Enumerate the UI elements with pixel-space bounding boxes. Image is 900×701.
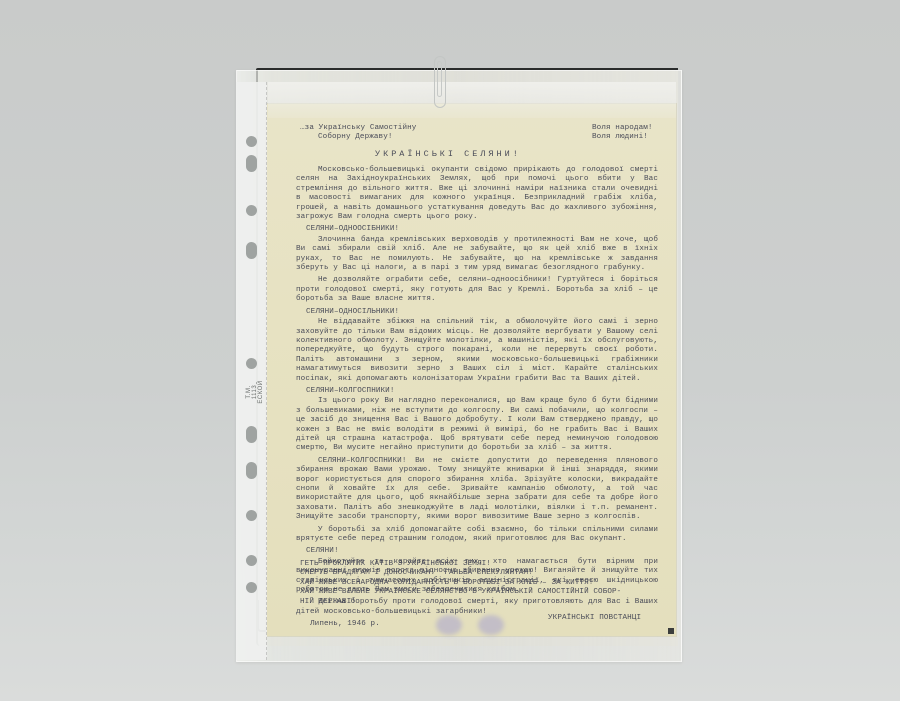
document-body: Московсько-большевицькі окупанти свідомо…	[296, 166, 658, 620]
header-right-line: Воля народам!	[592, 124, 653, 133]
paragraph: Не дозволяйте ограбити себе, селяни–одно…	[296, 276, 658, 304]
punch-hole-icon	[246, 205, 257, 216]
paragraph: Не віддавайте збіжжя на спільний тік, а …	[296, 318, 658, 384]
header-left: …за Українську СамостійнуСоборну Державу…	[300, 124, 416, 143]
document-title: УКРАЇНСЬКІ СЕЛЯНИ!	[375, 150, 521, 159]
header-right: Воля народам!Воля людині!	[592, 124, 653, 143]
paragraph: Московсько-большевицькі окупанти свідомо…	[296, 166, 658, 222]
slogan-line: СМЕРТЬ БРАДЯГАМ І ДОНОСЧИКАМ! ГАНЬБА СПЕ…	[300, 569, 621, 578]
section-heading: СЕЛЯНИ–КОЛГОСПНИКИ!	[296, 387, 658, 396]
ink-stamp-mark	[478, 615, 504, 635]
paragraph: Із цього року Ви наглядно переконалися, …	[296, 397, 658, 453]
punch-hole-icon	[246, 136, 257, 147]
slogan-line: ХАЙ ЖИВЕ ВСЕНАРОДНА СОЛІДАРНІСТЬ В БОРОТ…	[300, 579, 621, 588]
ink-stamp-mark	[436, 615, 462, 635]
section-heading: СЕЛЯНИ!	[296, 547, 658, 556]
paragraph: Злочинна банда кремлівських верховодів у…	[296, 236, 658, 274]
paperclip-icon	[434, 56, 446, 108]
section-heading: СЕЛЯНИ–ОДНОСІЛЬНИКИ!	[296, 308, 658, 317]
paragraph: СЕЛЯНИ–КОЛГОСПНИКИ! Ви не смієте допусти…	[296, 457, 658, 523]
date-line: Липень, 1946 р.	[310, 620, 380, 629]
punch-hole-icon	[246, 426, 257, 443]
slogan-line: ГЕТЬ ПРОКЛЯТИХ КАТІВ З УКРАЇНСЬКОЇ ЗЕМЛІ…	[300, 560, 621, 569]
punch-hole-icon	[246, 155, 257, 172]
punch-hole-icon	[246, 358, 257, 369]
sleeve-glare	[268, 82, 676, 118]
slogan-line: НІЙ ДЕРЖАВІ!	[300, 598, 621, 607]
header-left-line: …за Українську Самостійну	[300, 124, 416, 133]
folder-corner-tab	[668, 628, 674, 634]
slogan-line: ХАЙ ЖИВЕ ВІЛЬНЕ УКРАЇНСЬКЕ СЕЛЯНСТВО В У…	[300, 588, 621, 597]
punch-hole-icon	[246, 555, 257, 566]
photo-scene: Т.М. 1113 ЕСКОЙ …за Українську Самостійн…	[0, 0, 900, 701]
header-left-line: Соборну Державу!	[300, 133, 416, 142]
paragraph: У боротьбі за хліб допомагайте собі взає…	[296, 526, 658, 545]
strip-label: Т.М. 1113 ЕСКОЙ	[246, 378, 258, 406]
slogans: ГЕТЬ ПРОКЛЯТИХ КАТІВ З УКРАЇНСЬКОЇ ЗЕМЛІ…	[300, 560, 621, 607]
punch-hole-icon	[246, 242, 257, 259]
punch-hole-icon	[246, 582, 257, 593]
signature: УКРАЇНСЬКІ ПОВСТАНЦІ	[548, 614, 641, 623]
header-right-line: Воля людині!	[592, 133, 653, 142]
punch-hole-icon	[246, 510, 257, 521]
punch-hole-icon	[246, 462, 257, 479]
section-heading: СЕЛЯНИ–ОДНООСІБНИКИ!	[296, 225, 658, 234]
